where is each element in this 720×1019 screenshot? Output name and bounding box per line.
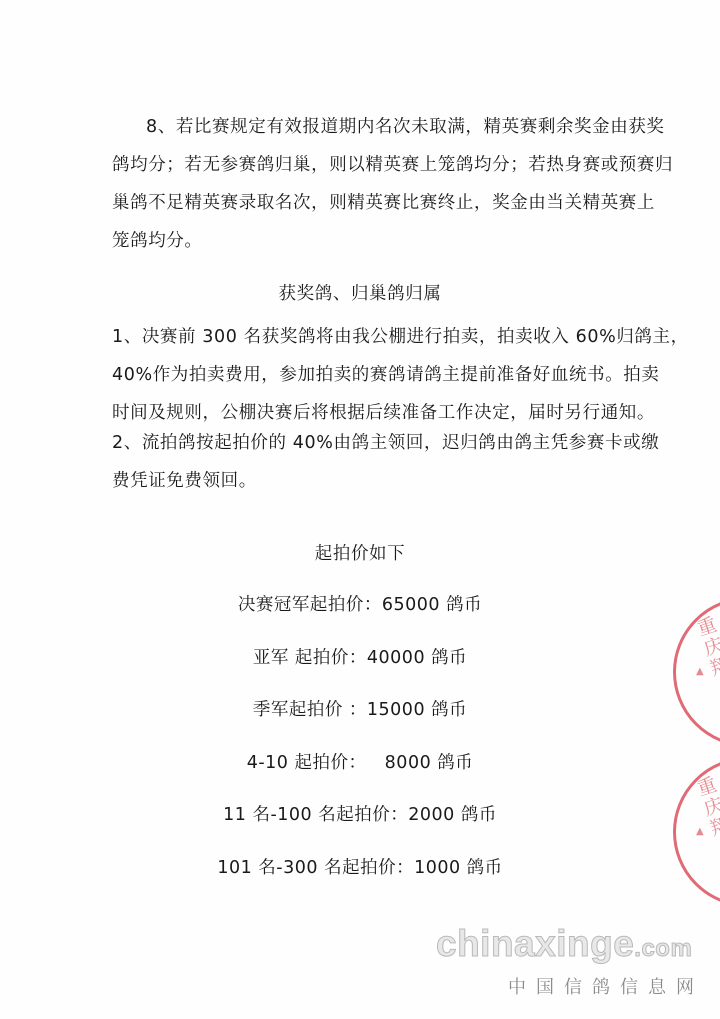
site-watermark: chinaxinge.com 中国信鸽信息网 bbox=[436, 924, 706, 999]
paragraph-line: 笼鸽均分。 bbox=[112, 222, 600, 260]
watermark-domain: chinaxinge.com bbox=[436, 924, 706, 969]
watermark-domain-name: chinaxinge bbox=[436, 923, 634, 964]
paragraph-item-1: 1、决赛前 300 名获奖鸽将由我公棚进行拍卖，拍卖收入 60%归鸽主， 40%… bbox=[112, 318, 600, 432]
starting-price-list: 决赛冠军起拍价：65000 鸽币 亚军 起拍价：40000 鸽币 季军起拍价 ：… bbox=[0, 589, 720, 905]
price-item-11-100: 11 名-100 名起拍价：2000 鸽币 bbox=[0, 799, 720, 852]
paragraph-line: 1、决赛前 300 名获奖鸽将由我公棚进行拍卖，拍卖收入 60%归鸽主， bbox=[112, 318, 600, 356]
stamp-star-icon: ▲ bbox=[696, 666, 704, 677]
price-item-4-10: 4-10 起拍价： 8000 鸽币 bbox=[0, 747, 720, 800]
price-item-champion: 决赛冠军起拍价：65000 鸽币 bbox=[0, 589, 720, 642]
price-item-101-300: 101 名-300 名起拍价：1000 鸽币 bbox=[0, 852, 720, 905]
stamp-text: 重庆翔 bbox=[688, 615, 720, 682]
price-item-third: 季军起拍价 ：15000 鸽币 bbox=[0, 694, 720, 747]
section-heading: 获奖鸽、归巢鸽归属 bbox=[0, 280, 720, 305]
price-item-runner-up: 亚军 起拍价：40000 鸽币 bbox=[0, 642, 720, 695]
paragraph-line: 费凭证免费领回。 bbox=[112, 462, 600, 500]
paragraph-line: 2、流拍鸽按起拍价的 40%由鸽主领回，迟归鸽由鸽主凭参赛卡或缴 bbox=[112, 424, 600, 462]
paragraph-line: 8、若比赛规定有效报道期内名次未取满，精英赛剩余奖金由获奖 bbox=[112, 108, 600, 146]
paragraph-rule-8: 8、若比赛规定有效报道期内名次未取满，精英赛剩余奖金由获奖 鸽均分；若无参赛鸽归… bbox=[112, 108, 600, 260]
stamp-star-icon: ▲ bbox=[696, 826, 704, 837]
paragraph-line: 巢鸽不足精英赛录取名次，则精英赛比赛终止，奖金由当关精英赛上 bbox=[112, 184, 600, 222]
watermark-domain-tld: .com bbox=[634, 935, 692, 962]
paragraph-line: 鸽均分；若无参赛鸽归巢，则以精英赛上笼鸽均分；若热身赛或预赛归 bbox=[112, 146, 600, 184]
paragraph-item-2: 2、流拍鸽按起拍价的 40%由鸽主领回，迟归鸽由鸽主凭参赛卡或缴 费凭证免费领回… bbox=[112, 424, 600, 500]
stamp-text: 重庆翔 bbox=[688, 775, 720, 842]
watermark-site-name: 中国信鸽信息网 bbox=[436, 973, 706, 999]
price-heading: 起拍价如下 bbox=[0, 540, 720, 565]
paragraph-line: 40%作为拍卖费用，参加拍卖的赛鸽请鸽主提前准备好血统书。拍卖 bbox=[112, 356, 600, 394]
document-page: 8、若比赛规定有效报道期内名次未取满，精英赛剩余奖金由获奖 鸽均分；若无参赛鸽归… bbox=[0, 0, 720, 1019]
